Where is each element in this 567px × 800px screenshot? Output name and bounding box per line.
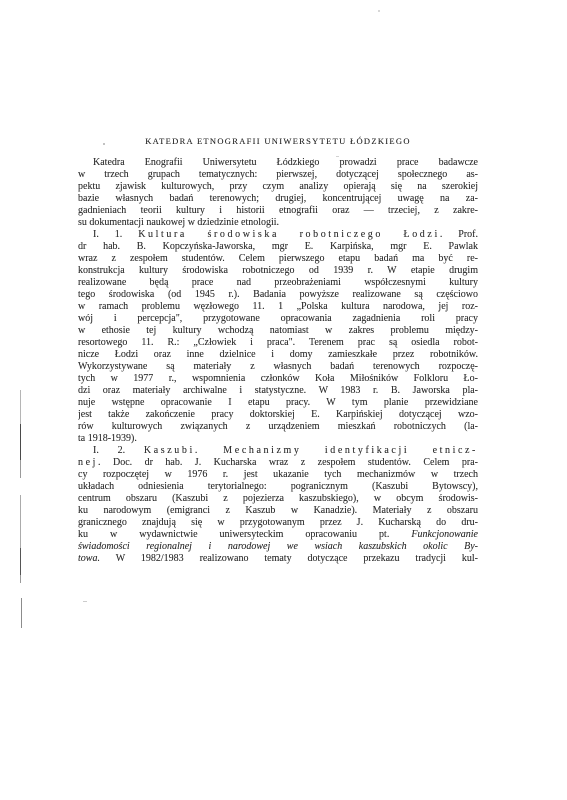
text-segment: W 1982/1983 realizowano tematy dotyczące…	[100, 553, 478, 564]
text-segment: w trzech grupach tematycznych: pierwszej…	[78, 169, 478, 180]
paragraph-3-line-8: ku w wydawnictwie uniwersyteckim opracow…	[78, 529, 478, 541]
scan-artifact-line	[20, 575, 21, 583]
text-segment: Katedra Enografii Uniwersytetu Łódzkiego…	[93, 157, 478, 168]
scan-speck	[83, 601, 87, 602]
paragraph-2-line-11: nicze Łodzi oraz inne dzielnice i domy z…	[78, 349, 478, 361]
paragraph-3-line-3: cy rozpoczętej w 1976 r. jest ukazanie t…	[78, 469, 478, 481]
paragraph-2-line-7: w ramach problemu węzłowego 11. 1 „Polsk…	[78, 301, 478, 313]
text-segment: rów kulturowych związanych z urządzeniem…	[78, 421, 478, 432]
text-segment: wój i percepcja", przygotowane opracowan…	[78, 313, 478, 324]
scan-artifact-line	[20, 495, 21, 548]
text-segment: centrum obszaru (Kaszubi z pojezierza ka…	[78, 493, 478, 504]
paragraph-2-line-14: dzi oraz materiały archiwalne i statysty…	[78, 385, 478, 397]
text-segment: ku narodowym (emigranci z Kaszub w Kanad…	[78, 505, 478, 516]
text-segment: su dokumentacji naukowej w dziedzinie et…	[78, 217, 279, 228]
text-segment: nuje wstępne opracowanie I etapu pracy. …	[78, 397, 478, 408]
paragraph-2-line-10: resortowego 11. R.: „Człowiek i praca". …	[78, 337, 478, 349]
scan-speck	[378, 10, 380, 12]
text-segment: gadnieniach teorii kultury i historii et…	[78, 205, 478, 216]
text-segment: I. 2.	[93, 445, 144, 456]
text-segment: układach odniesienia terytorialnego: pog…	[78, 481, 478, 492]
text-segment: dr hab. B. Kopczyńska-Jaworska, mgr E. K…	[78, 241, 478, 252]
text-segment-spaced: Kultura środowiska robotniczego Łodzi	[138, 229, 440, 240]
paragraph-3-line-4: układach odniesienia terytorialnego: pog…	[78, 481, 478, 493]
paragraph-3-line-9: świadomości regionalnej i narodowej we w…	[78, 541, 478, 553]
paragraph-2-line-18: ta 1918-1939).	[78, 433, 478, 445]
scan-speck	[336, 156, 339, 157]
text-segment-italic: Funkcjonowanie	[411, 529, 478, 540]
text-segment: . Doc. dr hab. J. Kucharska wraz z zespo…	[98, 457, 478, 468]
text-segment: Wykorzystywane są materiały z własnych b…	[78, 361, 478, 372]
paragraph-2-line-6: tego środowiska (od 1945 r.). Badania po…	[78, 289, 478, 301]
text-segment: . Prof.	[440, 229, 478, 240]
text-segment: resortowego 11. R.: „Człowiek i praca". …	[78, 337, 478, 348]
paragraph-3-line-10: towa. W 1982/1983 realizowano tematy dot…	[78, 553, 478, 565]
paragraph-2-line-13: tych w 1977 r., wspomnienia członków Koł…	[78, 373, 478, 385]
text-segment-italic: świadomości regionalnej i narodowej we w…	[78, 541, 478, 552]
scan-speck	[103, 143, 105, 145]
text-segment: ta 1918-1939).	[78, 433, 137, 444]
text-segment: bazie własnych badań terenowych; drugiej…	[78, 193, 478, 204]
paragraph-2-line-5: realizowane będą prace nad przeobrażenia…	[78, 277, 478, 289]
paragraph-1-line-1: Katedra Enografii Uniwersytetu Łódzkiego…	[78, 157, 478, 169]
scan-artifact-line	[20, 390, 21, 424]
paragraph-1-line-4: bazie własnych badań terenowych; drugiej…	[78, 193, 478, 205]
text-segment: ku w wydawnictwie uniwersyteckim opracow…	[78, 529, 411, 540]
text-segment: I. 1.	[93, 229, 138, 240]
text-segment: realizowane będą prace nad przeobrażenia…	[78, 277, 478, 288]
text-segment: tego środowiska (od 1945 r.). Badania po…	[78, 289, 478, 300]
paragraph-2-line-4: konstrukcja kultury środowiska robotnicz…	[78, 265, 478, 277]
scan-artifact-line	[20, 424, 21, 460]
scan-artifact-line	[21, 598, 22, 628]
text-segment: wraz z zespołem studentów. Celem pierwsz…	[78, 253, 478, 264]
text-segment: tych w 1977 r., wspomnienia członków Koł…	[78, 373, 478, 384]
text-segment: pektu zjawisk kulturowych, przy czym ana…	[78, 181, 478, 192]
paragraph-3-line-1: I. 2. Kaszubi. Mechanizmy identyfikacji …	[78, 445, 478, 457]
text-segment: granicznego znajdują się w przygotowanym…	[78, 517, 478, 528]
paragraph-2-line-15: nuje wstępne opracowanie I etapu pracy. …	[78, 397, 478, 409]
text-segment: dzi oraz materiały archiwalne i statysty…	[78, 385, 478, 396]
paragraph-1-line-6: su dokumentacji naukowej w dziedzinie et…	[78, 217, 478, 229]
text-segment: konstrukcja kultury środowiska robotnicz…	[78, 265, 478, 276]
paragraph-1-line-5: gadnieniach teorii kultury i historii et…	[78, 205, 478, 217]
document-page: KATEDRA ETNOGRAFII UNIWERSYTETU ŁÓDZKIEG…	[0, 0, 567, 800]
scan-artifact-line	[20, 548, 21, 575]
text-segment: cy rozpoczętej w 1976 r. jest ukazanie t…	[78, 469, 478, 480]
paragraph-2-line-16: jest także zakończenie pracy doktorskiej…	[78, 409, 478, 421]
text-segment-spaced: nej	[78, 457, 98, 468]
paragraph-2-line-3: wraz z zespołem studentów. Celem pierwsz…	[78, 253, 478, 265]
scan-artifact-line	[20, 460, 21, 478]
text-segment: nicze Łodzi oraz inne dzielnice i domy z…	[78, 349, 478, 360]
paragraph-2-line-1: I. 1. Kultura środowiska robotniczego Ło…	[78, 229, 478, 241]
paragraph-2-line-8: wój i percepcja", przygotowane opracowan…	[78, 313, 478, 325]
paragraph-2-line-2: dr hab. B. Kopczyńska-Jaworska, mgr E. K…	[78, 241, 478, 253]
paragraph-3-line-2: nej. Doc. dr hab. J. Kucharska wraz z ze…	[78, 457, 478, 469]
text-segment: jest także zakończenie pracy doktorskiej…	[78, 409, 478, 420]
page-title: KATEDRA ETNOGRAFII UNIWERSYTETU ŁÓDZKIEG…	[78, 136, 478, 146]
paragraph-2-line-17: rów kulturowych związanych z urządzeniem…	[78, 421, 478, 433]
paragraph-2-line-9: w ethosie tej kultury wchodzą natomiast …	[78, 325, 478, 337]
text-segment-spaced: Kaszubi. Mechanizmy identyfikacji etnicz…	[144, 445, 478, 456]
paragraph-3-line-6: ku narodowym (emigranci z Kaszub w Kanad…	[78, 505, 478, 517]
paragraph-3-line-7: granicznego znajdują się w przygotowanym…	[78, 517, 478, 529]
paragraph-1-line-2: w trzech grupach tematycznych: pierwszej…	[78, 169, 478, 181]
paragraph-3-line-5: centrum obszaru (Kaszubi z pojezierza ka…	[78, 493, 478, 505]
paragraph-1-line-3: pektu zjawisk kulturowych, przy czym ana…	[78, 181, 478, 193]
text-block: Katedra Enografii Uniwersytetu Łódzkiego…	[78, 157, 478, 565]
text-segment: w ethosie tej kultury wchodzą natomiast …	[78, 325, 478, 336]
text-segment-italic: towa.	[78, 553, 100, 564]
text-segment: w ramach problemu węzłowego 11. 1 „Polsk…	[78, 301, 478, 312]
paragraph-2-line-12: Wykorzystywane są materiały z własnych b…	[78, 361, 478, 373]
